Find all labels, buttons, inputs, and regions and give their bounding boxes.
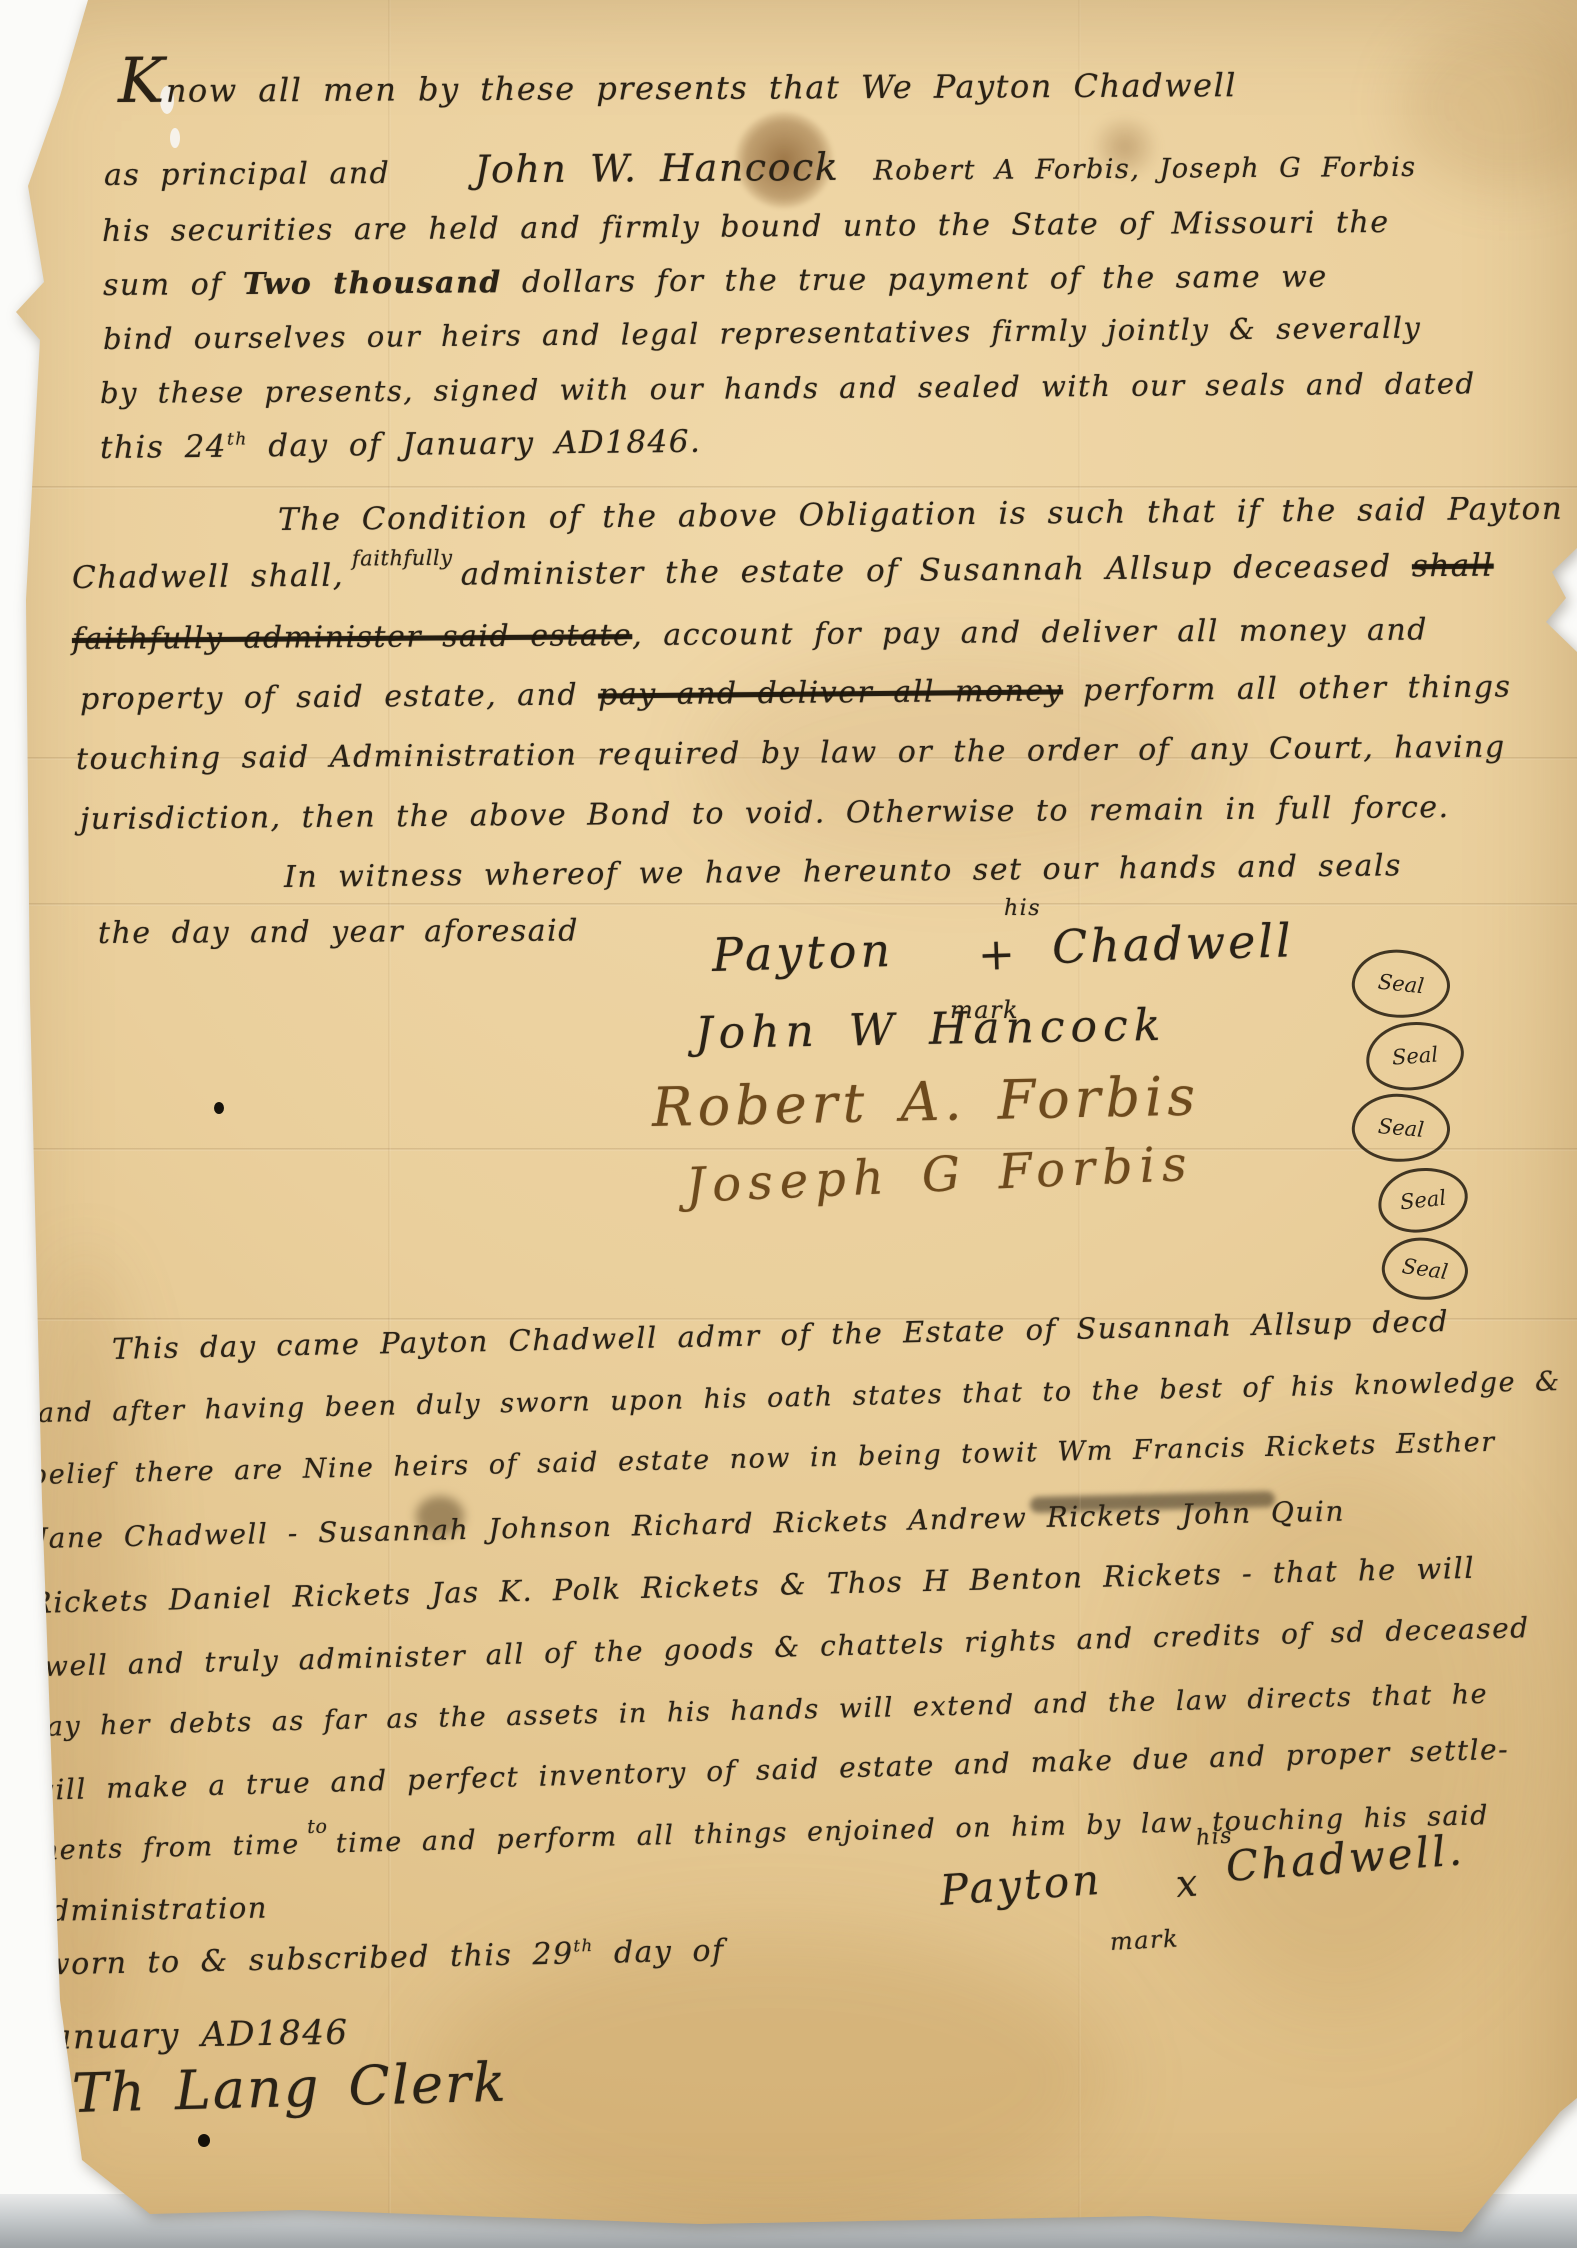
fold-crease-horizontal-4: [0, 1148, 1577, 1151]
condition-line-1: The Condition of the above Obligation is…: [278, 491, 1564, 538]
inserted-word-to: to: [307, 1816, 328, 1838]
seal-label: Seal: [1377, 1114, 1425, 1142]
bond-line-2-principal: as principal and: [104, 156, 391, 193]
bond-date-line: this 24th day of January AD1846.: [100, 424, 702, 466]
surety-names-forbis: Robert A Forbis, Joseph G Forbis: [873, 152, 1416, 187]
affidavit-line-3: belief there are Nine heirs of said esta…: [30, 1427, 1496, 1491]
bond-line-3: his securities are held and firmly bound…: [102, 205, 1390, 249]
bond-line-1-initial: K: [118, 44, 166, 117]
paper-shadow-wrap: Know all men by these presents that We P…: [0, 0, 1577, 2248]
seal-label: Seal: [1391, 1042, 1439, 1069]
affidavit-line-1: This day came Payton Chadwell admr of th…: [112, 1304, 1450, 1366]
affidavit-signature-cross: x: [1174, 1860, 1200, 1905]
condition-line-4: property of said estate, and pay and del…: [80, 670, 1512, 717]
seal-label: Seal: [1377, 970, 1425, 999]
bond-date-a: this 24: [100, 429, 227, 466]
affidavit-line-8: will make a true and perfect inventory o…: [30, 1733, 1510, 1807]
bond-line-4c: dollars for the true payment of the same…: [522, 259, 1328, 300]
closing-date: January AD1846: [36, 2013, 349, 2058]
seal-stamp-2: Seal: [1364, 1019, 1467, 1094]
signature-chadwell-cross: +: [977, 929, 1017, 981]
paper-sheet: Know all men by these presents that We P…: [0, 0, 1577, 2248]
bond-date-b: day of January AD1846.: [248, 424, 702, 465]
seal-stamp-3: Seal: [1349, 1090, 1453, 1166]
paper-stain-topright: [1400, 20, 1577, 190]
bond-sum-amount: Two thousand: [243, 265, 502, 302]
ink-dot-2: [198, 2134, 210, 2147]
affidavit-line-6: well and truly administer all of the goo…: [44, 1611, 1530, 1683]
clerk-signature: Th Lang Clerk: [71, 2051, 508, 2125]
bond-line-1-text: now all men by these presents that We Pa…: [166, 66, 1237, 110]
ink-dot-1: [214, 1102, 224, 1114]
seal-label: Seal: [1401, 1254, 1450, 1284]
witness-line-2: the day and year aforesaid: [98, 913, 579, 951]
paper-damage-speck-2: [170, 128, 180, 148]
condition-line-3b: , account for pay and deliver all money …: [632, 613, 1428, 654]
paper-stain-bottom: [430, 1930, 1110, 2230]
affidavit-line-9a: -ments from time: [22, 1829, 300, 1867]
signature-chadwell-first: Payton: [711, 923, 895, 982]
condition-line-6: jurisdiction, then the above Bond to voi…: [80, 790, 1450, 837]
seal-label: Seal: [1399, 1186, 1447, 1215]
seal-stamp-4: Seal: [1375, 1163, 1471, 1236]
struck-phrase-faithfully-administer: faithfully administer said estate: [72, 618, 632, 657]
signature-chadwell-last: Chadwell: [1051, 913, 1294, 974]
signature-hancock: John W Hancock: [695, 1000, 1167, 1059]
affidavit-signature-mark: mark: [1109, 1924, 1179, 1956]
condition-line-4a: property of said estate, and: [80, 677, 598, 717]
signature-chadwell-his: his: [1004, 896, 1041, 921]
paper-stain-right: [1150, 1450, 1530, 2010]
bond-line-1: Know all men by these presents that We P…: [118, 38, 1237, 117]
scanned-document: Know all men by these presents that We P…: [0, 0, 1577, 2248]
sworn-line-a: Sworn to & subscribed this 29: [22, 1936, 574, 1983]
seal-stamp-5: Seal: [1378, 1232, 1472, 1305]
struck-word-shall: shall: [1412, 548, 1494, 585]
fold-crease-horizontal-1: [0, 486, 1577, 489]
affidavit-line-5: Rickets Daniel Rickets Jas K. Polk Ricke…: [30, 1551, 1476, 1620]
struck-phrase-pay-deliver: pay and deliver all money: [598, 673, 1063, 712]
condition-line-4c: perform all other things: [1063, 670, 1512, 709]
seal-stamp-1: Seal: [1349, 945, 1454, 1023]
condition-line-3: faithfully administer said estate, accou…: [72, 613, 1428, 657]
bond-line-2: as principal and John W. Hancock Robert …: [104, 141, 1417, 194]
affidavit-line-2: and after having been duly sworn upon hi…: [38, 1366, 1561, 1429]
sworn-line-b: day of: [593, 1933, 724, 1971]
affidavit-line-7: pay her debts as far as the assets in hi…: [28, 1679, 1489, 1743]
witness-line-1: In witness whereof we have hereunto set …: [284, 848, 1402, 895]
condition-line-2a: Chadwell shall,: [72, 558, 344, 596]
condition-line-5: touching said Administration required by…: [76, 730, 1506, 777]
surety-name-hancock: John W. Hancock: [474, 145, 839, 192]
bond-line-4: sum of Two thousand dollars for the true…: [103, 259, 1328, 303]
sworn-line-sup: th: [573, 1936, 594, 1955]
condition-line-2b: administer the estate of Susannah Allsup…: [461, 548, 1413, 592]
bond-line-5: bind ourselves our heirs and legal repre…: [103, 310, 1422, 356]
affidavit-line-10: Administration: [28, 1891, 268, 1928]
fold-crease-horizontal-3: [0, 903, 1577, 906]
condition-line-2: Chadwell shall,faithfullyadminister the …: [72, 548, 1494, 596]
bond-line-6: by these presents, signed with our hands…: [100, 366, 1476, 410]
affidavit-line-4: Jane Chadwell - Susannah Johnson Richard…: [36, 1495, 1346, 1555]
signature-robert-forbis: Robert A. Forbis: [651, 1065, 1200, 1139]
sworn-line: Sworn to & subscribed this 29th day of: [22, 1933, 725, 1983]
bond-line-4a: sum of: [103, 267, 223, 303]
bond-date-sup: th: [227, 429, 248, 449]
inserted-word-faithfully: faithfully: [352, 546, 453, 571]
